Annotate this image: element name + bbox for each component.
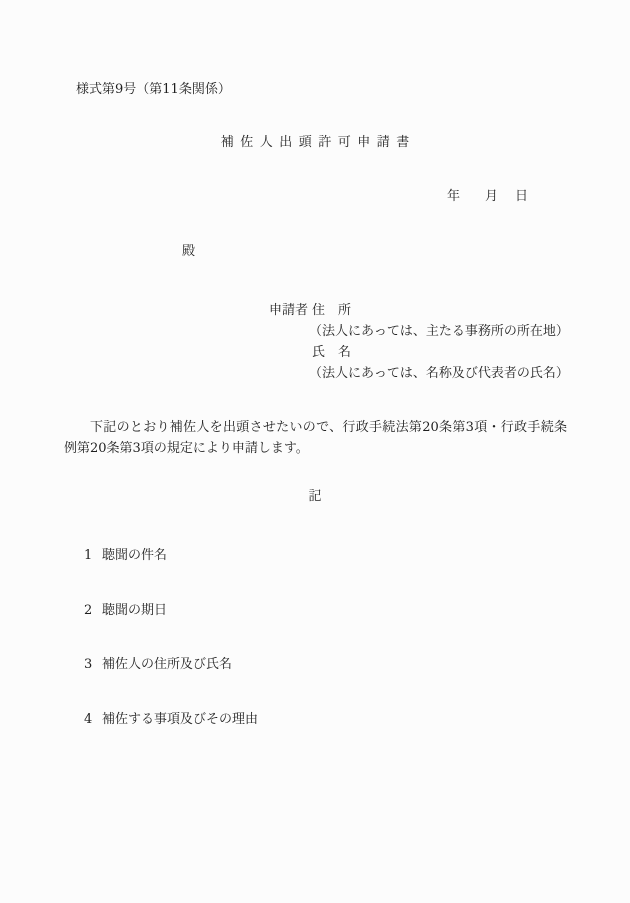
list-item-label: 聴聞の件名 (102, 549, 167, 563)
date-year-label: 年 (447, 190, 460, 204)
date-day-label: 日 (515, 190, 528, 204)
list-item-number: 4 (84, 713, 102, 727)
body-paragraph: 下記のとおり補佐人を出頭させたいので、行政手続法第20条第3項・行政手続条例第2… (64, 417, 567, 459)
list-item-label: 補佐する事項及びその理由 (102, 713, 258, 727)
list-item-number: 2 (84, 604, 102, 618)
list-item-label: 聴聞の期日 (102, 604, 167, 618)
applicant-name-label: 氏 名 (312, 346, 351, 360)
document-page: 様式第9号（第11条関係） 補佐人出頭許可申請書 年 月 日 殿 申請者 住 所… (0, 0, 630, 903)
applicant-address-label: 住 所 (312, 304, 351, 318)
addressee-suffix: 殿 (182, 245, 195, 259)
applicant-label: 申請者 (269, 304, 308, 318)
list-item: 3 補佐人の住所及び氏名 (84, 658, 232, 672)
list-item: 1 聴聞の件名 (84, 549, 167, 563)
applicant-address-note: （法人にあっては、主たる事務所の所在地） (309, 325, 569, 339)
applicant-name-note: （法人にあっては、名称及び代表者の氏名） (309, 367, 569, 381)
date-month-label: 月 (485, 190, 498, 204)
list-item-number: 3 (84, 658, 102, 672)
record-heading: 記 (0, 490, 630, 504)
list-item: 2 聴聞の期日 (84, 604, 167, 618)
list-item-label: 補佐人の住所及び氏名 (102, 658, 232, 672)
form-number: 様式第9号（第11条関係） (76, 83, 231, 97)
list-item-number: 1 (84, 549, 102, 563)
document-title: 補佐人出頭許可申請書 (0, 136, 630, 150)
list-item: 4 補佐する事項及びその理由 (84, 713, 258, 727)
